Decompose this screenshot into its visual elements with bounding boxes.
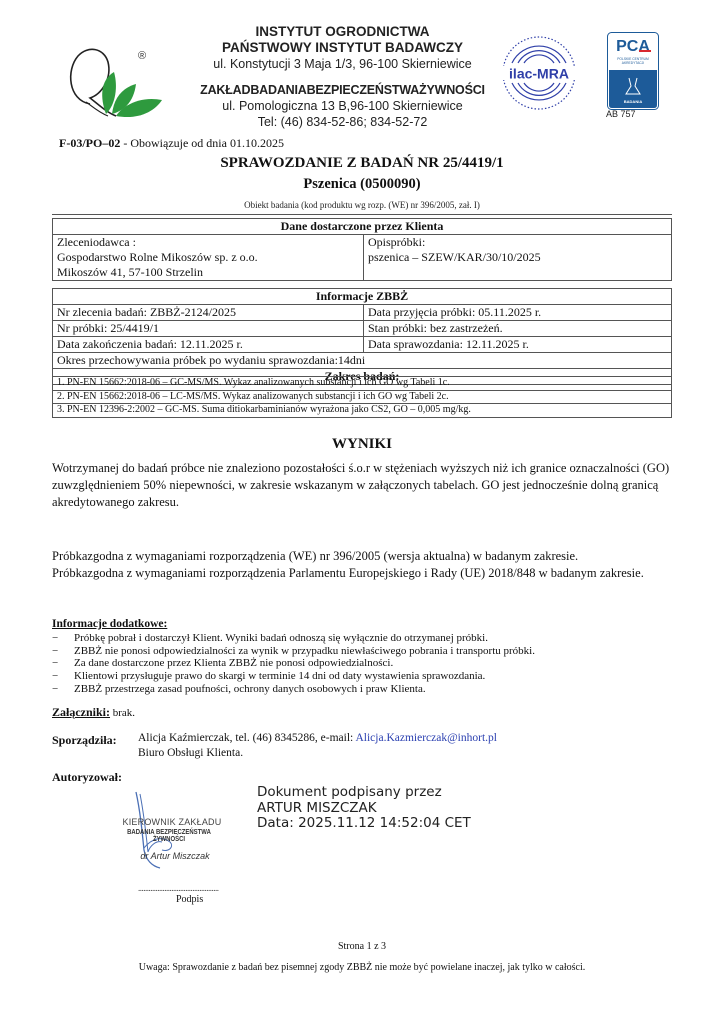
digital-signature-line: Dokument podpisany przez [257, 785, 471, 801]
department-phone: Tel: (46) 834-52-86; 834-52-72 [185, 114, 500, 130]
attachments-label: Załączniki: [52, 705, 110, 719]
digital-signature: Dokument podpisany przez ARTUR MISZCZAK … [257, 785, 471, 832]
table-row: 2. PN-EN 15662:2018-06 – LC-MS/MS. Wykaz… [53, 390, 672, 404]
info-text: Za dane dostarczone przez Klienta ZBBŻ n… [74, 657, 393, 670]
subject-note: Obiekt badania (kod produktu wg rozp. (W… [0, 200, 724, 210]
client-data-table: Dane dostarczone przez Klienta Zleceniod… [52, 218, 672, 281]
ilac-mra-logo: ilac-MRA [500, 33, 578, 113]
receipt-date: Data przyjęcia próbki: 05.11.2025 r. [364, 305, 672, 321]
scope-item: 2. PN-EN 15662:2018-06 – LC-MS/MS. Wykaz… [53, 390, 672, 404]
sample-number: Nr próbki: 25/4419/1 [53, 321, 364, 337]
digital-signature-name: ARTUR MISZCZAK [257, 801, 471, 817]
table-row: Data zakończenia badań: 12.11.2025 r. Da… [53, 337, 672, 353]
sample-label: Opispróbki: [368, 235, 667, 250]
dash-icon: − [52, 670, 74, 683]
svg-text:AKREDYTACJI: AKREDYTACJI [622, 61, 645, 65]
list-item: −Za dane dostarczone przez Klienta ZBBŻ … [52, 657, 672, 670]
scope-table: 1. PN-EN 15662:2018-06 – GC-MS/MS. Wykaz… [52, 376, 672, 418]
report-date: Data sprawozdania: 12.11.2025 r. [364, 337, 672, 353]
divider [52, 214, 672, 215]
results-paragraph: Wotrzymanej do badań próbce nie znalezio… [52, 460, 677, 511]
table-row: 3. PN-EN 12396-2:2002 – GC-MS. Suma diti… [53, 404, 672, 418]
authorized-by-label: Autoryzował: [52, 770, 122, 785]
institute-name-2: PAŃSTWOWY INSTYTUT BADAWCZY [185, 40, 500, 56]
scope-item: 3. PN-EN 12396-2:2002 – GC-MS. Suma diti… [53, 404, 672, 418]
table-row: Nr próbki: 25/4419/1 Stan próbki: bez za… [53, 321, 672, 337]
completion-date: Data zakończenia badań: 12.11.2025 r. [53, 337, 364, 353]
client-label: Zleceniodawca : [57, 235, 359, 250]
client-address: Mikoszów 41, 57-100 Strzelin [57, 265, 359, 280]
stamp-department: BADANIA BEZPIECZEŃSTWA ŻYWNOŚCI [114, 829, 225, 843]
zbbz-table-heading: Informacje ZBBŻ [53, 289, 672, 305]
conformity-statements: Próbkazgodna z wymaganiami rozporządzeni… [52, 548, 677, 582]
institute-logo [62, 42, 172, 122]
scope-item: 1. PN-EN 15662:2018-06 – GC-MS/MS. Wykaz… [53, 377, 672, 391]
dash-icon: − [52, 645, 74, 658]
table-row: 1. PN-EN 15662:2018-06 – GC-MS/MS. Wykaz… [53, 377, 672, 391]
signature-label: Podpis [176, 894, 203, 905]
attachments: Załączniki: brak. [52, 705, 135, 720]
form-code-number: F-03/PO–02 [59, 136, 120, 150]
list-item: −ZBBŻ przestrzega zasad poufności, ochro… [52, 683, 672, 696]
accreditation-number: AB 757 [606, 109, 636, 119]
additional-info-list: −Próbkę pobrał i dostarczył Klient. Wyni… [52, 632, 672, 696]
stamp-name: dr Artur Miszczak [115, 851, 235, 861]
sample-cell: Opispróbki: pszenica – SZEW/KAR/30/10/20… [364, 235, 672, 281]
prepared-by-label: Sporządziła: [52, 733, 117, 748]
conformity-1: Próbkazgodna z wymaganiami rozporządzeni… [52, 548, 677, 565]
product-name: Pszenica (0500090) [0, 176, 724, 193]
stamp-title: KIEROWNIK ZAKŁADU [112, 817, 232, 827]
zbbz-info-table: Informacje ZBBŻ Nr zlecenia badań: ZBBŻ-… [52, 288, 672, 385]
results-heading: WYNIKI [0, 436, 724, 453]
client-cell: Zleceniodawca : Gospodarstwo Rolne Mikos… [53, 235, 364, 281]
sample-condition: Stan próbki: bez zastrzeżeń. [364, 321, 672, 337]
dash-icon: − [52, 657, 74, 670]
pca-logo: PCA POLSKIE CENTRUM AKREDYTACJI BADANIA [607, 32, 659, 110]
svg-text:ilac-MRA: ilac-MRA [509, 66, 569, 82]
email-link[interactable]: Alicja.Kazmierczak@inhort.pl [355, 732, 497, 744]
info-text: Próbkę pobrał i dostarczył Klient. Wynik… [74, 632, 488, 645]
report-title: SPRAWOZDANIE Z BADAŃ NR 25/4419/1 [0, 155, 724, 172]
form-validity: - Obowiązuje od dnia 01.10.2025 [120, 136, 284, 150]
dash-icon: − [52, 632, 74, 645]
info-text: Klientowi przysługuje prawo do skargi w … [74, 670, 485, 683]
institute-address: ul. Konstytucji 3 Maja 1/3, 96-100 Skier… [185, 56, 500, 72]
svg-text:PCA: PCA [616, 38, 650, 55]
client-name: Gospodarstwo Rolne Mikoszów sp. z o.o. [57, 250, 359, 265]
dash-icon: − [52, 683, 74, 696]
preparer-contact: Alicja Kaźmierczak, tel. (46) 8345286, e… [138, 732, 355, 744]
table-row: Nr zlecenia badań: ZBBŻ-2124/2025 Data p… [53, 305, 672, 321]
department-address: ul. Pomologiczna 13 B,96-100 Skierniewic… [185, 98, 500, 114]
info-text: ZBBŻ nie ponosi odpowiedzialności za wyn… [74, 645, 535, 658]
list-item: −Klientowi przysługuje prawo do skargi w… [52, 670, 672, 683]
department-name: ZAKŁADBADANIABEZPIECZEŃSTWAŻYWNOŚCI [185, 82, 500, 98]
prepared-by-value: Alicja Kaźmierczak, tel. (46) 8345286, e… [138, 731, 497, 761]
additional-info-heading: Informacje dodatkowe: [52, 618, 167, 630]
form-code: F-03/PO–02 - Obowiązuje od dnia 01.10.20… [59, 136, 284, 151]
digital-signature-date: Data: 2025.11.12 14:52:04 CET [257, 816, 471, 832]
list-item: −Próbkę pobrał i dostarczył Klient. Wyni… [52, 632, 672, 645]
registered-mark: ® [138, 50, 146, 62]
client-table-heading: Dane dostarczone przez Klienta [53, 219, 672, 235]
sample-description: pszenica – SZEW/KAR/30/10/2025 [368, 250, 667, 265]
signature-line: ........................................… [138, 883, 219, 893]
list-item: −ZBBŻ nie ponosi odpowiedzialności za wy… [52, 645, 672, 658]
page-number: Strona 1 z 3 [0, 941, 724, 952]
institute-name-1: INSTYTUT OGRODNICTWA [185, 24, 500, 40]
order-number: Nr zlecenia badań: ZBBŻ-2124/2025 [53, 305, 364, 321]
storage-period: Okres przechowywania próbek po wydaniu s… [53, 353, 672, 369]
info-text: ZBBŻ przestrzega zasad poufności, ochron… [74, 683, 426, 696]
conformity-2: Próbkazgodna z wymaganiami rozporządzeni… [52, 565, 677, 582]
attachments-value: brak. [110, 707, 135, 719]
footer-note: Uwaga: Sprawozdanie z badań bez pisemnej… [0, 962, 724, 973]
svg-text:BADANIA: BADANIA [624, 99, 643, 104]
preparer-unit: Biuro Obsługi Klienta. [138, 746, 497, 761]
institute-header: INSTYTUT OGRODNICTWA PAŃSTWOWY INSTYTUT … [185, 24, 500, 130]
